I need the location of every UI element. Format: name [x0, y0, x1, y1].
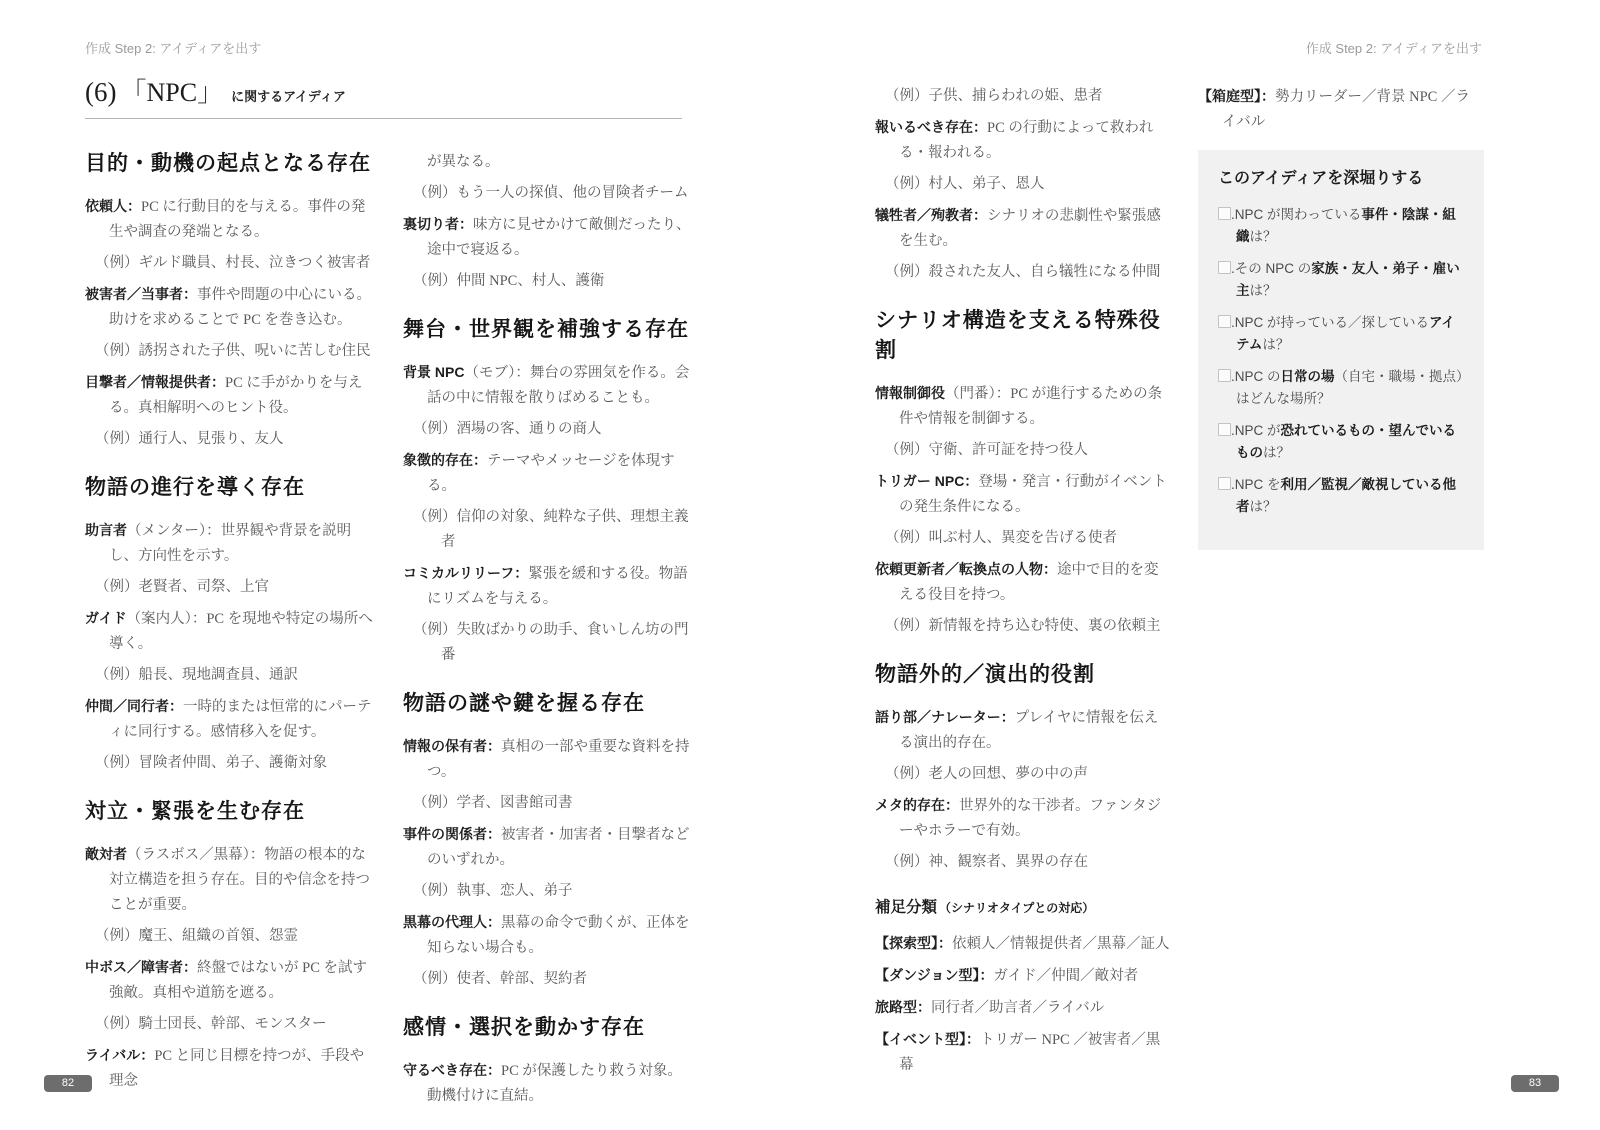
example-line: （例）学者、図書館司書 [413, 791, 695, 816]
entry-term: 守るべき存在： [403, 1062, 501, 1078]
checklist-item: .NPC が恐れているもの・望んでいるものは？ [1218, 420, 1464, 464]
entry: 目撃者／情報提供者：PC に手がかりを与える。真相解明へのヒント役。 [85, 370, 377, 421]
title-divider [85, 118, 682, 119]
entry-term: コミカルリリーフ： [403, 565, 528, 581]
example-line: （例）執事、恋人、弟子 [413, 879, 695, 904]
entry-term: 被害者／当事者： [85, 286, 197, 302]
checklist-text: .NPC が持っている／探している [1231, 315, 1429, 330]
checkbox-icon [1218, 261, 1231, 274]
entry-term: 【イベント型】： [875, 1031, 980, 1047]
checklist-text: .NPC を [1231, 477, 1281, 492]
entry: コミカルリリーフ：緊張を緩和する役。物語にリズムを与える。 [403, 561, 695, 612]
checklist-item: .その NPC の家族・友人・弟子・雇い主は？ [1218, 258, 1464, 302]
entry: トリガー NPC：登場・発言・行動がイベントの発生条件になる。 [875, 469, 1171, 520]
example-line: （例）冒険者仲間、弟子、護衛対象 [95, 751, 377, 776]
entry-term: 情報の保有者： [403, 738, 501, 754]
entry: メタ的存在：世界外的な干渉者。ファンタジーやホラーで有効。 [875, 793, 1171, 844]
entry: 【探索型】：依頼人／情報提供者／黒幕／証人 [875, 931, 1171, 957]
checklist-text: .NPC が関わっている [1231, 207, 1361, 222]
entry-term: 情報制御役 [875, 385, 945, 401]
continuation-line: が異なる。 [403, 150, 695, 175]
idea-box-title: このアイディアを深堀りする [1218, 168, 1464, 190]
entry-term: 背景 NPC [403, 364, 464, 380]
checkbox-icon [1218, 477, 1231, 490]
entry: 依頼更新者／転換点の人物：途中で目的を変える役目を持つ。 [875, 557, 1171, 608]
entry-term-note: （モブ）： [464, 365, 529, 381]
entry-term: 【ダンジョン型】： [875, 967, 994, 983]
entry: 情報制御役（門番）：PC が進行するための条件や情報を制御する。 [875, 381, 1171, 432]
entry-term-note: （ラスボス／黒幕）： [127, 847, 264, 863]
entry-term: 【箱庭型】： [1198, 88, 1275, 104]
entry: 敵対者（ラスボス／黒幕）：物語の根本的な対立構造を担う存在。目的や信念を持つこと… [85, 842, 377, 918]
entry: 【イベント型】：トリガー NPC ／被害者／黒幕 [875, 1027, 1171, 1078]
checkbox-icon [1218, 207, 1231, 220]
entry: 【ダンジョン型】：ガイド／仲間／敵対者 [875, 963, 1171, 989]
left-page-column-2: が異なる。（例）もう一人の探偵、他の冒険者チーム裏切り者：味方に見せかけて敵側だ… [403, 150, 695, 1115]
entry-term: 【探索型】： [875, 935, 952, 951]
entry: ガイド（案内人）：PC を現地や特定の場所へ導く。 [85, 606, 377, 657]
left-page-running-head: 作成 Step 2: アイディアを出す [85, 38, 261, 57]
entry-term: 裏切り者： [403, 216, 473, 232]
checkbox-icon [1218, 369, 1231, 382]
checklist-text: は？ [1263, 445, 1290, 460]
entry-term: 犠牲者／殉教者： [875, 207, 987, 223]
checklist-item: .NPC が持っている／探しているアイテムは？ [1218, 312, 1464, 356]
section-heading: シナリオ構造を支える特殊役割 [875, 305, 1171, 365]
example-line: （例）叫ぶ村人、異変を告げる使者 [885, 526, 1171, 551]
example-line: （例）通行人、見張り、友人 [95, 427, 377, 452]
checklist-item: .NPC が関わっている事件・陰謀・組織は？ [1218, 204, 1464, 248]
entry-term: 象徴的存在： [403, 452, 487, 468]
section-heading: 物語の謎や鍵を握る存在 [403, 688, 695, 718]
entry-term-note: （案内人）： [127, 611, 207, 627]
example-line: （例）仲間 NPC、村人、護衛 [413, 269, 695, 294]
entry-term: 依頼人： [85, 198, 141, 214]
example-line: （例）魔王、組織の首領、怨霊 [95, 924, 377, 949]
sub-heading-text: 補足分類 [875, 899, 937, 916]
checklist-text: は？ [1262, 337, 1289, 352]
entry: 裏切り者：味方に見せかけて敵側だったり、途中で寝返る。 [403, 212, 695, 263]
entry: 仲間／同行者：一時的または恒常的にパーティに同行する。感情移入を促す。 [85, 694, 377, 745]
example-line: （例）船長、現地調査員、通訳 [95, 663, 377, 688]
entry-term: 旅路型： [875, 999, 931, 1015]
entry-term: 黒幕の代理人： [403, 914, 501, 930]
checkbox-icon [1218, 315, 1231, 328]
entry: 【箱庭型】：勢力リーダー／背景 NPC ／ライバル [1198, 84, 1484, 135]
example-line: （例）使者、幹部、契約者 [413, 967, 695, 992]
example-line: （例）村人、弟子、恩人 [885, 172, 1171, 197]
right-page-column-2: 【箱庭型】：勢力リーダー／背景 NPC ／ライバルこのアイディアを深堀りする.N… [1198, 78, 1484, 550]
page-title-suffix: に関するアイディア [231, 86, 346, 105]
idea-deep-dive-box: このアイディアを深堀りする.NPC が関わっている事件・陰謀・組織は？.その N… [1198, 150, 1484, 550]
checklist-item: .NPC の日常の場（自宅・職場・拠点）はどんな場所？ [1218, 366, 1464, 410]
entry-term: 中ボス／障害者： [85, 959, 197, 975]
sub-heading-note: （シナリオタイプとの対応） [939, 901, 1094, 915]
entry-term: メタ的存在： [875, 797, 959, 813]
checklist-item: .NPC を利用／監視／敵視している他者は？ [1218, 474, 1464, 518]
entry: 守るべき存在：PC が保護したり救う対象。動機付けに直結。 [403, 1058, 695, 1109]
entry: 中ボス／障害者：終盤ではないが PC を試す強敵。真相や道筋を遮る。 [85, 955, 377, 1006]
example-line: （例）子供、捕らわれの姫、患者 [885, 84, 1171, 109]
entry: 犠牲者／殉教者：シナリオの悲劇性や緊張感を生む。 [875, 203, 1171, 254]
section-heading: 物語の進行を導く存在 [85, 472, 377, 502]
checklist-text: .NPC の [1231, 369, 1281, 384]
entry: 事件の関係者：被害者・加害者・目撃者などのいずれか。 [403, 822, 695, 873]
entry-term-note: （メンター）： [127, 523, 221, 539]
section-heading: 感情・選択を動かす存在 [403, 1012, 695, 1042]
entry: 語り部／ナレーター：プレイヤに情報を伝える演出的存在。 [875, 705, 1171, 756]
section-heading: 舞台・世界観を補強する存在 [403, 314, 695, 344]
entry-description: 同行者／助言者／ライバル [931, 1000, 1104, 1016]
entry: 黒幕の代理人：黒幕の命令で動くが、正体を知らない場合も。 [403, 910, 695, 961]
example-line: （例）老賢者、司祭、上官 [95, 575, 377, 600]
entry-description: 依頼人／情報提供者／黒幕／証人 [952, 936, 1170, 952]
page-title-main: 「NPC」 [120, 72, 223, 109]
checkbox-icon [1218, 423, 1231, 436]
entry: 報いるべき存在：PC の行動によって救われる・報われる。 [875, 115, 1171, 166]
example-line: （例）神、観察者、異界の存在 [885, 850, 1171, 875]
section-heading: 物語外的／演出的役割 [875, 659, 1171, 689]
checklist-text: は？ [1250, 499, 1277, 514]
example-line: （例）ギルド職員、村長、泣きつく被害者 [95, 251, 377, 276]
checklist-text: 日常の場 [1281, 369, 1335, 384]
example-line: （例）もう一人の探偵、他の冒険者チーム [413, 181, 695, 206]
page-number-left: 82 [44, 1075, 92, 1092]
entry-description: PC に行動目的を与える。事件の発生や調査の発端となる。 [109, 199, 365, 240]
entry-term: 事件の関係者： [403, 826, 501, 842]
section-heading: 対立・緊張を生む存在 [85, 796, 377, 826]
left-page-column-1: 目的・動機の起点となる存在依頼人：PC に行動目的を与える。事件の発生や調査の発… [85, 148, 377, 1100]
section-heading: 目的・動機の起点となる存在 [85, 148, 377, 178]
example-line: （例）信仰の対象、純粋な子供、理想主義者 [413, 505, 695, 555]
right-page-column-1: （例）子供、捕らわれの姫、患者報いるべき存在：PC の行動によって救われる・報わ… [875, 78, 1171, 1084]
entry-term: 仲間／同行者： [85, 698, 183, 714]
entry: 被害者／当事者：事件や問題の中心にいる。助けを求めることで PC を巻き込む。 [85, 282, 377, 333]
right-page-running-head: 作成 Step 2: アイディアを出す [1306, 38, 1482, 57]
checklist-text: .NPC が [1231, 423, 1281, 438]
page-title: (6) 「NPC」 に関するアイディア [85, 72, 346, 109]
entry: 象徴的存在：テーマやメッセージを体現する。 [403, 448, 695, 499]
entry-term: 目撃者／情報提供者： [85, 374, 225, 390]
checklist-text: は？ [1250, 229, 1277, 244]
entry-term: 語り部／ナレーター： [875, 709, 1015, 725]
entry-term: 報いるべき存在： [875, 119, 987, 135]
entry-term-note: （門番）： [945, 386, 1010, 402]
entry: ライバル：PC と同じ目標を持つが、手段や理念 [85, 1043, 377, 1094]
page-number-right: 83 [1511, 1075, 1559, 1092]
entry-term: ライバル： [85, 1047, 154, 1063]
example-line: （例）殺された友人、自ら犠牲になる仲間 [885, 260, 1171, 285]
example-line: （例）守衛、許可証を持つ役人 [885, 438, 1171, 463]
checklist-text: .その NPC の [1231, 261, 1311, 276]
example-line: （例）老人の回想、夢の中の声 [885, 762, 1171, 787]
entry-term: 敵対者 [85, 846, 127, 862]
entry: 旅路型：同行者／助言者／ライバル [875, 995, 1171, 1021]
entry: 依頼人：PC に行動目的を与える。事件の発生や調査の発端となる。 [85, 194, 377, 245]
example-line: （例）誘拐された子供、呪いに苦しむ住民 [95, 339, 377, 364]
entry: 情報の保有者：真相の一部や重要な資料を持つ。 [403, 734, 695, 785]
page-title-number: (6) [85, 77, 116, 108]
entry-description: ガイド／仲間／敵対者 [994, 968, 1139, 984]
entry-term: 依頼更新者／転換点の人物： [875, 561, 1057, 577]
example-line: （例）騎士団長、幹部、モンスター [95, 1012, 377, 1037]
entry: 背景 NPC（モブ）：舞台の雰囲気を作る。会話の中に情報を散りばめることも。 [403, 360, 695, 411]
entry-term: ガイド [85, 610, 127, 626]
checklist-text: は？ [1250, 283, 1277, 298]
entry: 助言者（メンター）：世界観や背景を説明し、方向性を示す。 [85, 518, 377, 569]
example-line: （例）新情報を持ち込む特使、裏の依頼主 [885, 614, 1171, 639]
entry-term: トリガー NPC： [875, 473, 978, 489]
sub-heading: 補足分類（シナリオタイプとの対応） [875, 895, 1171, 921]
example-line: （例）酒場の客、通りの商人 [413, 417, 695, 442]
example-line: （例）失敗ばかりの助手、食いしん坊の門番 [413, 618, 695, 668]
entry-term: 助言者 [85, 522, 127, 538]
